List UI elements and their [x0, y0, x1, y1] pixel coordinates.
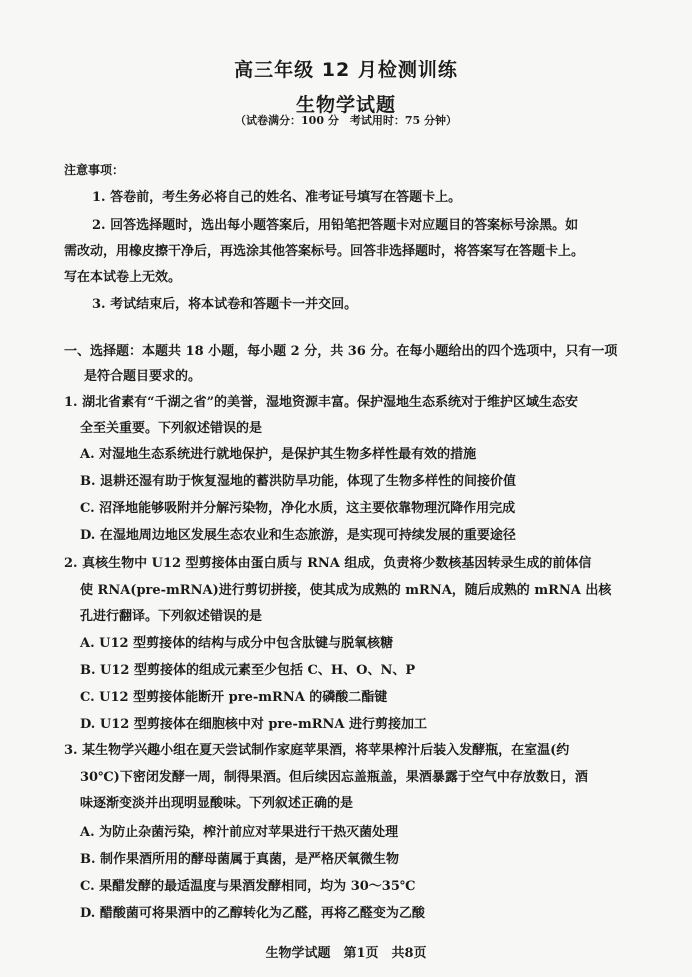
question-option: D. 在湿地周边地区发展生态农业和生态旅游，是实现可持续发展的重要途径	[80, 528, 516, 544]
notice-heading: 注意事项：	[64, 162, 124, 178]
question-stem: 味逐渐变淡并出现明显酸味。下列叙述正确的是	[80, 796, 353, 812]
notice-item: 1. 答卷前，考生务必将自己的姓名、准考证号填写在答题卡上。	[92, 190, 461, 206]
exam-title: 高三年级 12 月检测训练	[0, 55, 692, 82]
question-option: D. U12 型剪接体在细胞核中对 pre-mRNA 进行剪接加工	[80, 717, 427, 733]
question-stem: 30℃)下密闭发酵一周，制得果酒。但后续因忘盖瓶盖，果酒暴露于空气中存放数日，酒	[80, 770, 588, 786]
question-option: B. U12 型剪接体的组成元素至少包括 C、H、O、N、P	[80, 663, 415, 679]
question-stem: 使 RNA(pre-mRNA)进行剪切拼接，使其成为成熟的 mRNA，随后成熟的…	[80, 583, 611, 599]
notice-item: 2. 回答选择题时，选出每小题答案后，用铅笔把答题卡对应题目的答案标号涂黑。如	[92, 218, 578, 234]
question-option: A. 对湿地生态系统进行就地保护，是保护其生物多样性最有效的措施	[80, 447, 476, 463]
question-stem: 1. 湖北省素有“千湖之省”的美誉，湿地资源丰富。保护湿地生态系统对于维护区域生…	[64, 395, 578, 411]
notice-item: 3. 考试结束后，将本试卷和答题卡一并交回。	[92, 297, 357, 313]
question-stem: 2. 真核生物中 U12 型剪接体由蛋白质与 RNA 组成，负责将少数核基因转录…	[64, 556, 591, 572]
question-option: A. 为防止杂菌污染，榨汁前应对苹果进行干热灭菌处理	[80, 825, 398, 841]
section-heading: 是符合题目要求的。	[84, 369, 201, 385]
notice-item: 写在本试卷上无效。	[64, 270, 181, 286]
question-option: C. 沼泽地能够吸附并分解污染物，净化水质，这主要依靠物理沉降作用完成	[80, 501, 515, 517]
exam-page: 高三年级 12 月检测训练 生物学试题 （试卷满分：100 分 考试用时：75 …	[0, 0, 692, 977]
question-stem: 全至关重要。下列叙述错误的是	[80, 421, 262, 437]
question-stem: 3. 某生物学兴趣小组在夏天尝试制作家庭苹果酒，将苹果榨汁后装入发酵瓶，在室温(…	[64, 743, 569, 759]
page-footer: 生物学试题 第1页 共8页	[0, 942, 692, 961]
section-heading: 一、选择题：本题共 18 小题，每小题 2 分，共 36 分。在每小题给出的四个…	[64, 344, 617, 360]
question-option: B. 制作果酒所用的酵母菌属于真菌，是严格厌氧微生物	[80, 852, 399, 868]
question-option: D. 醋酸菌可将果酒中的乙醇转化为乙醛，再将乙醛变为乙酸	[80, 906, 425, 922]
notice-item: 需改动，用橡皮擦干净后，再选涂其他答案标号。回答非选择题时，将答案写在答题卡上。	[64, 244, 584, 260]
question-option: C. U12 型剪接体能断开 pre-mRNA 的磷酸二酯键	[80, 690, 387, 706]
question-option: B. 退耕还湿有助于恢复湿地的蓄洪防旱功能，体现了生物多样性的间接价值	[80, 474, 516, 490]
question-option: A. U12 型剪接体的结构与成分中包含肽键与脱氧核糖	[80, 636, 393, 652]
exam-info: （试卷满分：100 分 考试用时：75 分钟）	[0, 112, 692, 128]
question-option: C. 果醋发酵的最适温度与果酒发酵相同，均为 30～35℃	[80, 879, 415, 895]
question-stem: 孔进行翻译。下列叙述错误的是	[80, 609, 262, 625]
